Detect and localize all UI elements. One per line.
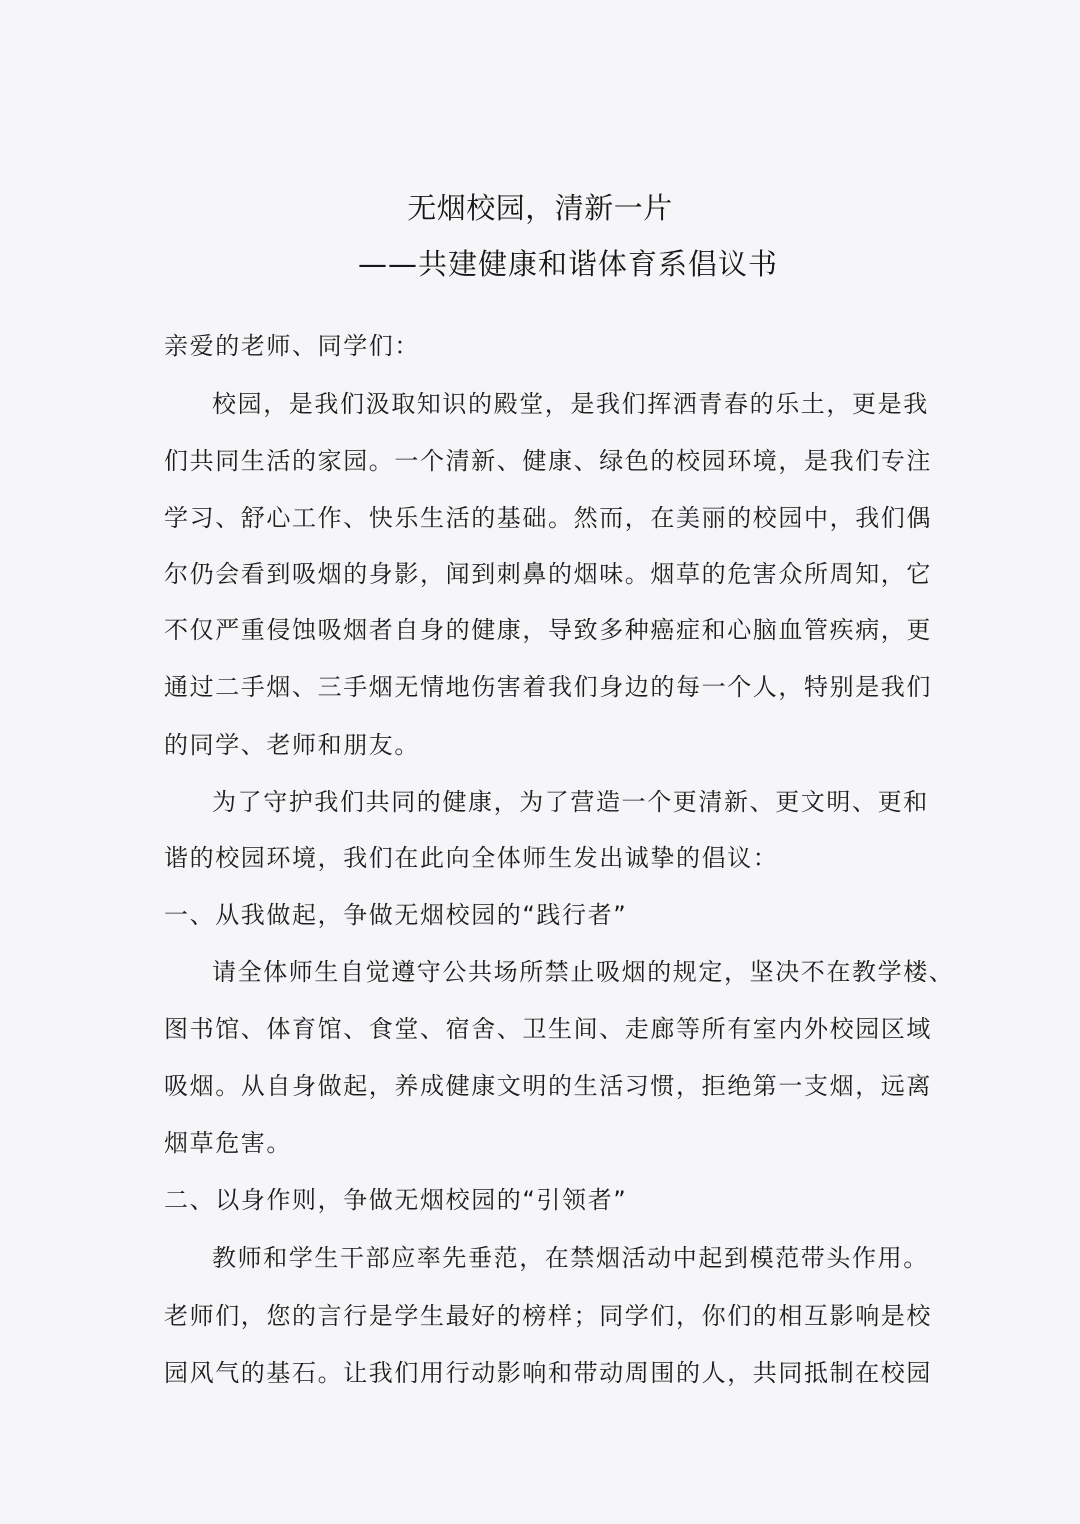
- paragraph-line: 烟草危害。: [164, 1127, 924, 1159]
- paragraph-line: 请全体师生自觉遵守公共场所禁止吸烟的规定，坚决不在教学楼、: [212, 956, 972, 988]
- paragraph-line: 谐的校园环境，我们在此向全体师生发出诚挚的倡议：: [164, 842, 924, 874]
- paragraph-line: 吸烟。从自身做起，养成健康文明的生活习惯，拒绝第一支烟，远离: [164, 1070, 924, 1102]
- paragraph-line: 图书馆、体育馆、食堂、宿舍、卫生间、走廊等所有室内外校园区域: [164, 1013, 924, 1045]
- paragraph-line: 学习、舒心工作、快乐生活的基础。然而，在美丽的校园中，我们偶: [164, 502, 924, 534]
- paragraph-line: 们共同生活的家园。一个清新、健康、绿色的校园环境，是我们专注: [164, 445, 924, 477]
- document-subtitle: ——共建健康和谐体育系倡议书: [358, 244, 778, 284]
- section-heading-2: 二、以身作则，争做无烟校园的“引领者”: [164, 1184, 924, 1216]
- paragraph-line: 通过二手烟、三手烟无情地伤害着我们身边的每一个人，特别是我们: [164, 671, 924, 703]
- paragraph-line: 校园，是我们汲取知识的殿堂，是我们挥洒青春的乐土，更是我: [212, 388, 972, 420]
- paragraph-line: 为了守护我们共同的健康，为了营造一个更清新、更文明、更和: [212, 786, 972, 818]
- document-page: 无烟校园，清新一片 ——共建健康和谐体育系倡议书 亲爱的老师、同学们： 校园，是…: [0, 0, 1080, 1524]
- section-heading-1: 一、从我做起，争做无烟校园的“践行者”: [164, 899, 924, 931]
- paragraph-line: 园风气的基石。让我们用行动影响和带动周围的人，共同抵制在校园: [164, 1357, 924, 1389]
- paragraph-line: 的同学、老师和朋友。: [164, 729, 924, 761]
- paragraph-line: 老师们，您的言行是学生最好的榜样；同学们，你们的相互影响是校: [164, 1300, 924, 1332]
- paragraph-line: 不仅严重侵蚀吸烟者自身的健康，导致多种癌症和心脑血管疾病，更: [164, 614, 924, 646]
- paragraph-line: 教师和学生干部应率先垂范，在禁烟活动中起到模范带头作用。: [212, 1242, 972, 1274]
- salutation: 亲爱的老师、同学们：: [164, 330, 924, 362]
- document-title: 无烟校园，清新一片: [0, 188, 1080, 228]
- paragraph-line: 尔仍会看到吸烟的身影，闻到刺鼻的烟味。烟草的危害众所周知，它: [164, 558, 924, 590]
